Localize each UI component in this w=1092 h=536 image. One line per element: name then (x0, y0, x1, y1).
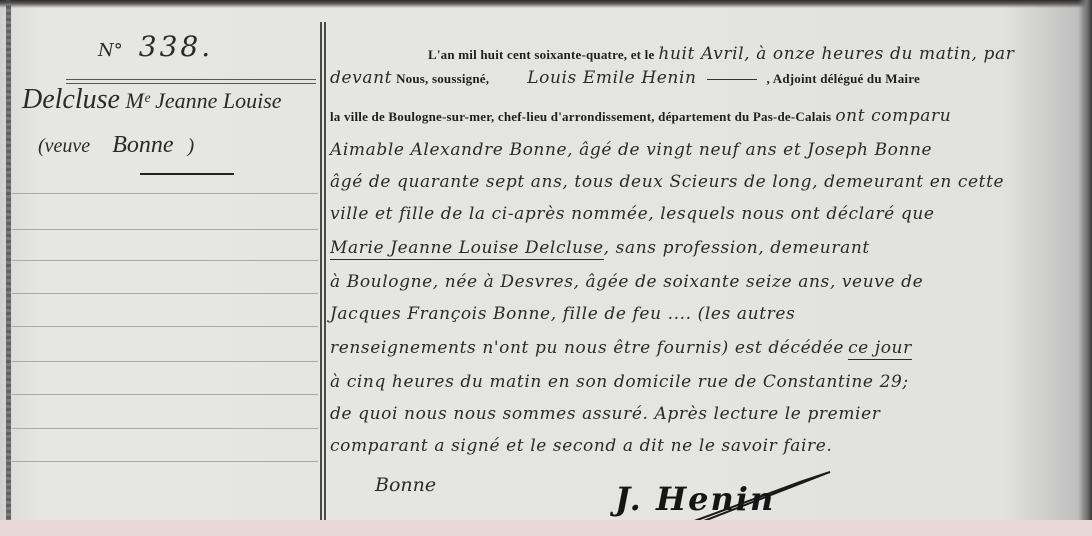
body-line-13: comparant a signé et le second a dit ne … (330, 436, 832, 456)
body-line-1: L'an mil huit cent soixante-quatre, et l… (428, 44, 1014, 64)
body-line-10: renseignements n'ont pu nous être fourni… (330, 338, 912, 358)
body-line-5: âgé de quarante sept ans, tous deux Scie… (330, 172, 1004, 192)
printed-text: la ville de Boulogne-sur-mer, chef-lieu … (330, 109, 831, 124)
widow-label: veuve (45, 135, 91, 157)
handwritten-text: devant (330, 68, 392, 88)
handwritten-date: huit Avril, à onze heures du matin, par (658, 44, 1014, 64)
page-top-edge (0, 0, 1092, 8)
body-line-3: la ville de Boulogne-sur-mer, chef-lieu … (330, 106, 951, 126)
margin-widow-of: (veuveBonne) (38, 132, 194, 159)
margin-given-names: Mᵉ Jeanne Louise (125, 88, 281, 113)
margin-underline (140, 173, 234, 175)
body-line-9: Jacques François Bonne, fille de feu ...… (330, 304, 795, 324)
body-line-12: de quoi nous nous sommes assuré. Après l… (330, 404, 880, 424)
body-line-8: à Boulogne, née à Desvres, âgée de soixa… (330, 272, 923, 292)
blank-dash (707, 79, 757, 81)
entry-number-label: N° (98, 40, 123, 61)
printed-text: L'an mil huit cent soixante-quatre, et l… (428, 47, 654, 62)
handwritten-text: ont comparu (835, 106, 951, 126)
body-line-11: à cinq heures du matin en son domicile r… (330, 372, 909, 392)
handwritten-text: , sans profession, demeurant (604, 238, 870, 258)
paren-close: ) (188, 135, 195, 157)
margin-rule (324, 22, 326, 536)
handwritten-official-name: Louis Emile Henin (527, 68, 696, 88)
deceased-full-name: Marie Jeanne Louise Delcluse (330, 238, 604, 260)
entry-number-value: 338. (139, 30, 213, 63)
printed-text: , Adjoint délégué du Maire (767, 71, 920, 86)
binding-edge (6, 0, 11, 536)
margin-rule (320, 22, 322, 536)
married-name: Bonne (112, 132, 173, 158)
body-line-2: devant Nous, soussigné, Louis Emile Heni… (330, 68, 920, 88)
body-line-4: Aimable Alexandre Bonne, âgé de vingt ne… (330, 140, 932, 160)
margin-deceased-name: Delcluse Mᵉ Jeanne Louise (22, 84, 282, 116)
margin-surname: Delcluse (22, 84, 120, 115)
witness-signature: Bonne (375, 474, 436, 496)
printed-text: Nous, soussigné, (396, 71, 489, 86)
body-line-7: Marie Jeanne Louise Delcluse, sans profe… (330, 238, 870, 258)
body-line-6: ville et fille de la ci-après nommée, le… (330, 204, 935, 224)
handwritten-text: renseignements n'ont pu nous être fourni… (330, 338, 844, 358)
entry-number: N°338. (98, 30, 213, 63)
bottom-strip (0, 520, 1092, 536)
register-page: N°338. Delcluse Mᵉ Jeanne Louise (veuveB… (0, 0, 1092, 536)
page-right-edge (1078, 0, 1092, 536)
paren-open: ( (38, 135, 45, 157)
handwritten-underlined: ce jour (848, 338, 912, 360)
official-signature: J. Henin (615, 480, 775, 518)
